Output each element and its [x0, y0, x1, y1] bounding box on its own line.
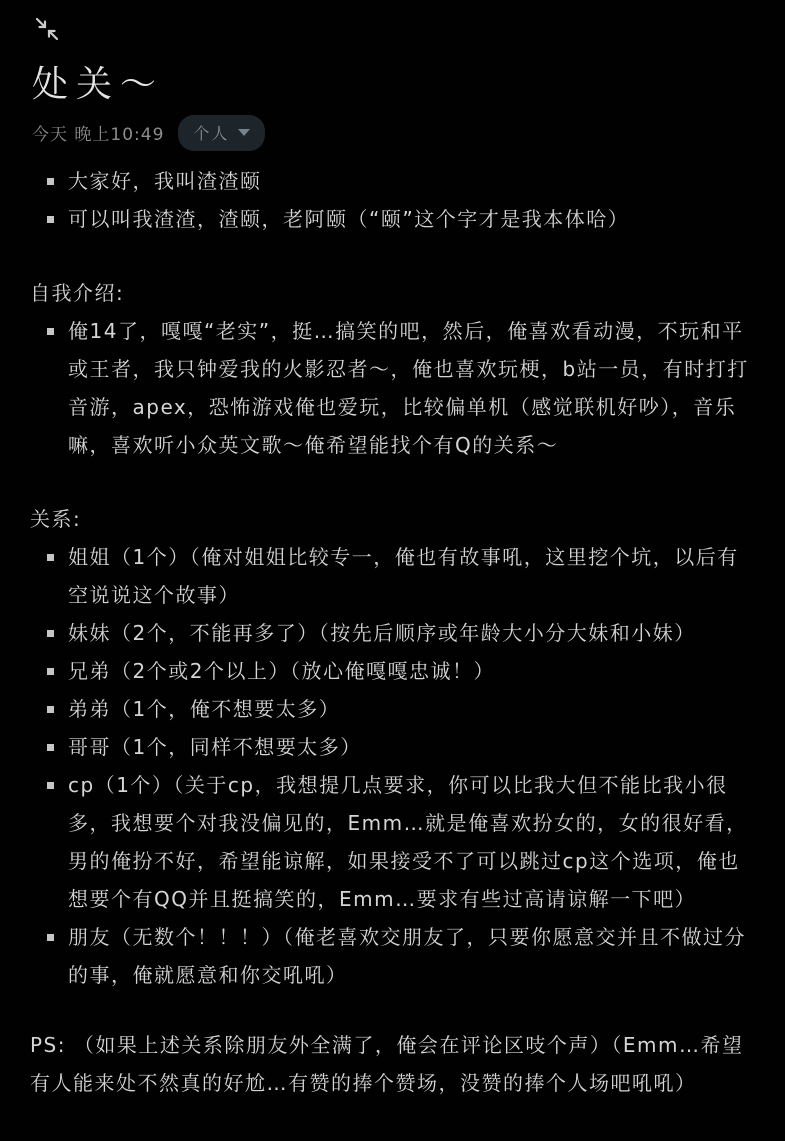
category-selector[interactable]: 个人 — [178, 115, 265, 151]
list-item: 姐姐（1个）（俺对姐姐比较专一，俺也有故事吼，这里挖个坑，以后有空说说这个故事） — [68, 538, 757, 614]
list-item: 弟弟（1个，俺不想要太多） — [68, 690, 757, 728]
list-item: 大家好，我叫渣渣颐 — [68, 162, 757, 200]
intro-list: 大家好，我叫渣渣颐 可以叫我渣渣，渣颐，老阿颐（“颐”这个字才是我本体哈） — [30, 162, 757, 238]
self-intro-list: 俺14了，嘎嘎“老实”，挺…搞笑的吧，然后，俺喜欢看动漫，不玩和平或王者，我只钟… — [30, 312, 757, 464]
note-title: 处关～ — [32, 62, 757, 108]
list-item: 俺14了，嘎嘎“老实”，挺…搞笑的吧，然后，俺喜欢看动漫，不玩和平或王者，我只钟… — [68, 312, 757, 464]
chevron-down-icon — [238, 129, 250, 136]
section-self-intro: 自我介绍: 俺14了，嘎嘎“老实”，挺…搞笑的吧，然后，俺喜欢看动漫，不玩和平或… — [30, 274, 757, 464]
note-page: 处关～ 今天 晚上10:49 个人 大家好，我叫渣渣颐 可以叫我渣渣，渣颐，老阿… — [0, 0, 785, 1141]
note-timestamp: 今天 晚上10:49 — [32, 120, 164, 145]
list-item: 朋友（无数个！！！）（俺老喜欢交朋友了，只要你愿意交并且不做过分的事，俺就愿意和… — [68, 918, 757, 994]
category-label: 个人 — [193, 121, 229, 144]
note-meta: 今天 晚上10:49 个人 — [32, 117, 757, 148]
section-relations: 关系: 姐姐（1个）（俺对姐姐比较专一，俺也有故事吼，这里挖个坑，以后有空说说这… — [30, 500, 757, 994]
section-heading: 关系: — [30, 500, 757, 538]
list-item: 可以叫我渣渣，渣颐，老阿颐（“颐”这个字才是我本体哈） — [68, 200, 757, 238]
relations-list: 姐姐（1个）（俺对姐姐比较专一，俺也有故事吼，这里挖个坑，以后有空说说这个故事）… — [30, 538, 757, 994]
list-item: 妹妹（2个，不能再多了）（按先后顺序或年龄大小分大妹和小妹） — [68, 614, 757, 652]
list-item: 哥哥（1个，同样不想要太多） — [68, 728, 757, 766]
section-heading: 自我介绍: — [30, 274, 757, 312]
note-body: 大家好，我叫渣渣颐 可以叫我渣渣，渣颐，老阿颐（“颐”这个字才是我本体哈） 自我… — [30, 162, 757, 1102]
ps-note: PS: （如果上述关系除朋友外全满了，俺会在评论区吱个声）（Emm…希望有人能来… — [30, 1026, 757, 1102]
collapse-icon[interactable] — [32, 14, 62, 44]
list-item: cp（1个）（关于cp，我想提几点要求，你可以比我大但不能比我小很多，我想要个对… — [68, 766, 757, 918]
list-item: 兄弟（2个或2个以上）（放心俺嘎嘎忠诚！） — [68, 652, 757, 690]
